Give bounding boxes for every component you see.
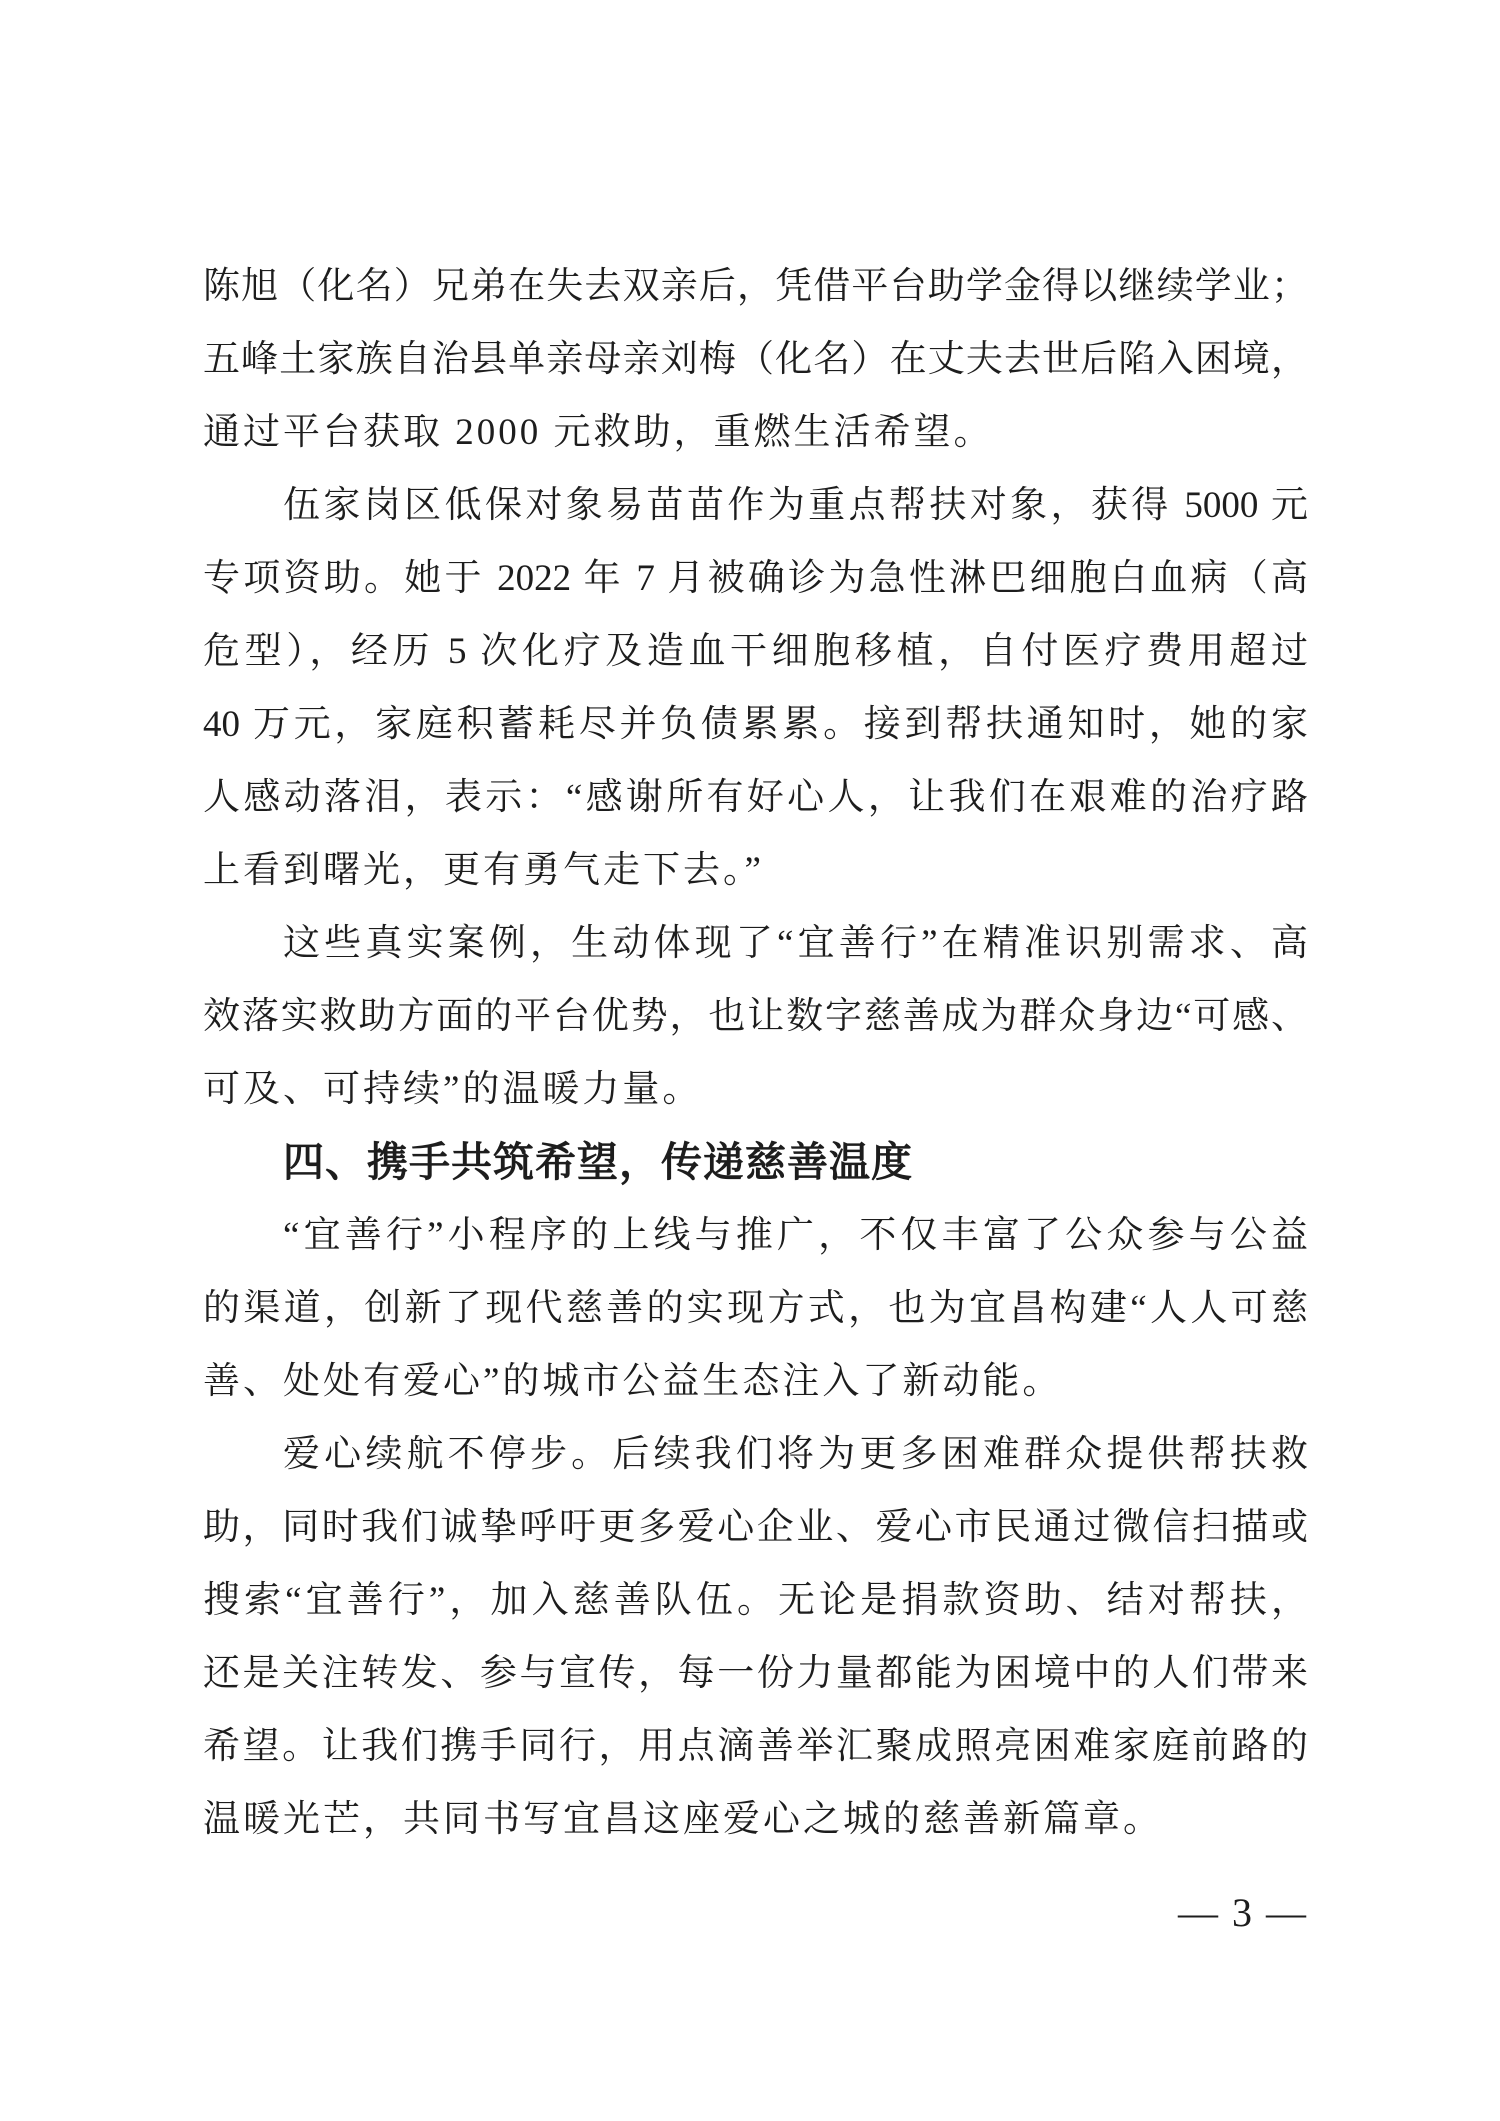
text-line: 通过平台获取 2000 元救助，重燃生活希望。 (203, 396, 1308, 469)
text-line: 希望。让我们携手同行，用点滴善举汇聚成照亮困难家庭前路的 (203, 1710, 1308, 1783)
text-line: “宜善行”小程序的上线与推广，不仅丰富了公众参与公益 (203, 1199, 1308, 1272)
section-heading: 四、携手共筑希望，传递慈善温度 (203, 1126, 1308, 1199)
text-line: 效落实救助方面的平台优势，也让数字慈善成为群众身边“可感、 (203, 980, 1308, 1053)
document-body: 陈旭（化名）兄弟在失去双亲后，凭借平台助学金得以继续学业； 五峰土家族自治县单亲… (203, 250, 1308, 1856)
text-line: 危型），经历 5 次化疗及造血干细胞移植，自付医疗费用超过 (203, 615, 1308, 688)
text-line: 人感动落泪，表示：“感谢所有好心人，让我们在艰难的治疗路 (203, 761, 1308, 834)
text-line: 五峰土家族自治县单亲母亲刘梅（化名）在丈夫去世后陷入困境， (203, 323, 1308, 396)
text-line: 还是关注转发、参与宣传，每一份力量都能为困境中的人们带来 (203, 1637, 1308, 1710)
text-line: 助，同时我们诚挚呼吁更多爱心企业、爱心市民通过微信扫描或 (203, 1491, 1308, 1564)
text-line: 爱心续航不停步。后续我们将为更多困难群众提供帮扶救 (203, 1418, 1308, 1491)
text-line: 这些真实案例，生动体现了“宜善行”在精准识别需求、高 (203, 907, 1308, 980)
text-line: 专项资助。她于 2022 年 7 月被确诊为急性淋巴细胞白血病（高 (203, 542, 1308, 615)
text-line: 温暖光芒，共同书写宜昌这座爱心之城的慈善新篇章。 (203, 1783, 1308, 1856)
text-line: 上看到曙光，更有勇气走下去。” (203, 834, 1308, 907)
text-line: 陈旭（化名）兄弟在失去双亲后，凭借平台助学金得以继续学业； (203, 250, 1308, 323)
text-line: 的渠道，创新了现代慈善的实现方式，也为宜昌构建“人人可慈 (203, 1272, 1308, 1345)
text-line: 搜索“宜善行”，加入慈善队伍。无论是捐款资助、结对帮扶， (203, 1564, 1308, 1637)
text-line: 伍家岗区低保对象易苗苗作为重点帮扶对象，获得 5000 元 (203, 469, 1308, 542)
text-line: 善、处处有爱心”的城市公益生态注入了新动能。 (203, 1345, 1308, 1418)
text-line: 40 万元，家庭积蓄耗尽并负债累累。接到帮扶通知时，她的家 (203, 688, 1308, 761)
document-page: 陈旭（化名）兄弟在失去双亲后，凭借平台助学金得以继续学业； 五峰土家族自治县单亲… (0, 0, 1500, 2121)
page-number: — 3 — (203, 1888, 1308, 1938)
text-line: 可及、可持续”的温暖力量。 (203, 1053, 1308, 1126)
